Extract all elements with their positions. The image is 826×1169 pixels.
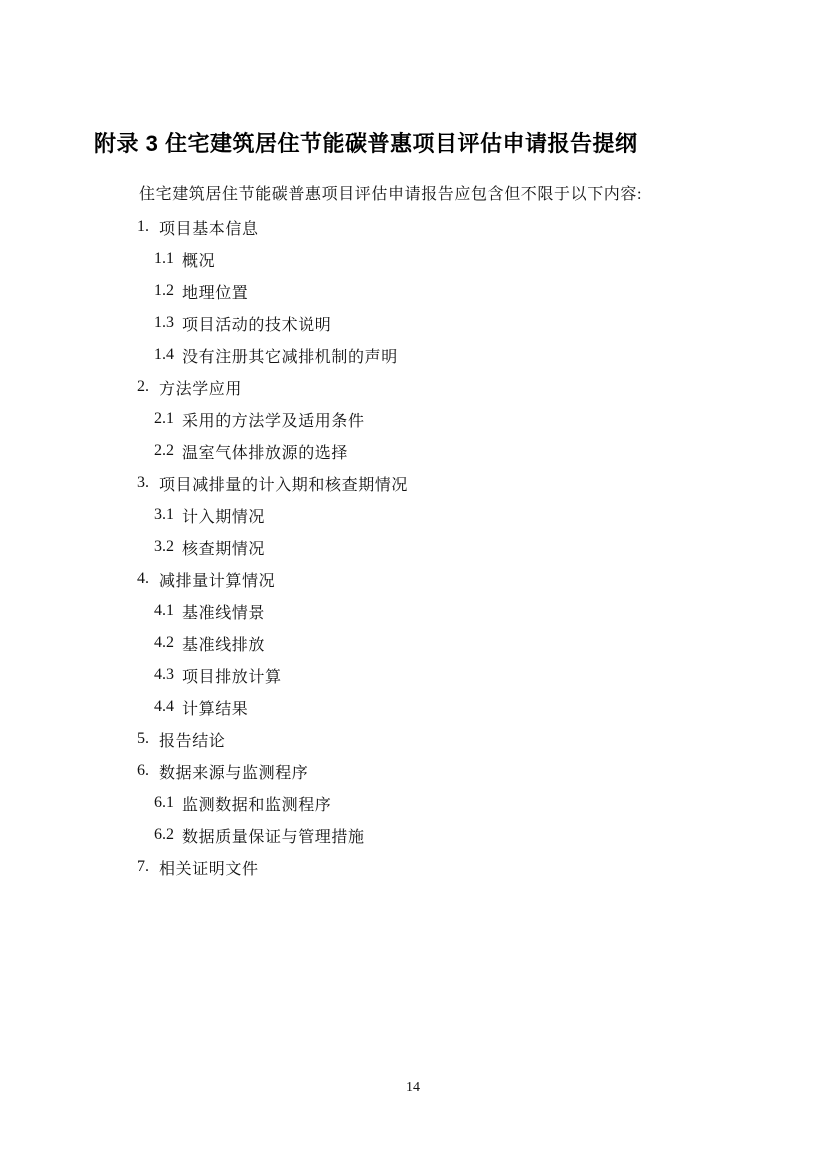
- outline-item: 4.1基准线情景: [0, 595, 826, 627]
- outline-item: 2.2温室气体排放源的选择: [0, 435, 826, 467]
- outline-item-number: 3.1: [154, 506, 174, 524]
- outline-item: 4.4计算结果: [0, 691, 826, 723]
- outline-item-label: 基准线排放: [182, 632, 265, 655]
- outline-item-label: 没有注册其它减排机制的声明: [182, 344, 398, 367]
- outline-item: 6.2数据质量保证与管理措施: [0, 819, 826, 851]
- outline-item: 4.2基准线排放: [0, 627, 826, 659]
- outline-item-number: 4.4: [154, 698, 174, 716]
- outline-item-number: 4.1: [154, 602, 174, 620]
- outline-item-number: 1.: [137, 218, 149, 236]
- outline-item-label: 核查期情况: [182, 536, 265, 559]
- outline-item-label: 相关证明文件: [159, 856, 259, 879]
- outline-item: 6.数据来源与监测程序: [0, 755, 826, 787]
- outline-item-label: 温室气体排放源的选择: [182, 440, 348, 463]
- outline-item-number: 4.3: [154, 666, 174, 684]
- outline-item-label: 概况: [182, 248, 215, 271]
- page-title: 附录 3 住宅建筑居住节能碳普惠项目评估申请报告提纲: [94, 127, 637, 158]
- outline-item-label: 报告结论: [159, 728, 225, 751]
- outline-item-label: 减排量计算情况: [159, 568, 275, 591]
- outline-item: 1.1概况: [0, 243, 826, 275]
- outline-item: 2.方法学应用: [0, 371, 826, 403]
- outline-item-number: 7.: [137, 858, 149, 876]
- outline-item-label: 监测数据和监测程序: [182, 792, 331, 815]
- outline-item: 3.2核查期情况: [0, 531, 826, 563]
- outline-item-label: 数据质量保证与管理措施: [182, 824, 365, 847]
- outline-item: 3.1计入期情况: [0, 499, 826, 531]
- outline-item-number: 6.2: [154, 826, 174, 844]
- outline-item: 5.报告结论: [0, 723, 826, 755]
- outline-item: 4.减排量计算情况: [0, 563, 826, 595]
- intro-paragraph: 住宅建筑居住节能碳普惠项目评估申请报告应包含但不限于以下内容:: [139, 181, 642, 204]
- outline-item-number: 6.1: [154, 794, 174, 812]
- outline-item-label: 项目排放计算: [182, 664, 282, 687]
- outline-item-number: 4.2: [154, 634, 174, 652]
- outline-item-number: 1.1: [154, 250, 174, 268]
- page-footer: 14: [0, 1080, 826, 1096]
- outline-item: 1.3项目活动的技术说明: [0, 307, 826, 339]
- outline-item-number: 3.: [137, 474, 149, 492]
- outline-item-number: 2.2: [154, 442, 174, 460]
- outline-item-number: 5.: [137, 730, 149, 748]
- outline-item-number: 1.4: [154, 346, 174, 364]
- outline-item-label: 采用的方法学及适用条件: [182, 408, 365, 431]
- outline-item-label: 地理位置: [182, 280, 248, 303]
- outline-item-label: 项目活动的技术说明: [182, 312, 331, 335]
- outline-item-label: 方法学应用: [159, 376, 242, 399]
- document-page: 附录 3 住宅建筑居住节能碳普惠项目评估申请报告提纲 住宅建筑居住节能碳普惠项目…: [0, 0, 826, 1169]
- outline-item-number: 3.2: [154, 538, 174, 556]
- outline-item: 1.项目基本信息: [0, 211, 826, 243]
- outline: 1.项目基本信息1.1概况1.2地理位置1.3项目活动的技术说明1.4没有注册其…: [0, 211, 826, 883]
- outline-item-number: 1.3: [154, 314, 174, 332]
- outline-item: 1.4没有注册其它减排机制的声明: [0, 339, 826, 371]
- outline-item-label: 数据来源与监测程序: [159, 760, 308, 783]
- outline-item-label: 计算结果: [182, 696, 248, 719]
- outline-item: 6.1监测数据和监测程序: [0, 787, 826, 819]
- outline-item-label: 项目减排量的计入期和核查期情况: [159, 472, 408, 495]
- outline-item: 7.相关证明文件: [0, 851, 826, 883]
- outline-item: 4.3项目排放计算: [0, 659, 826, 691]
- outline-item: 3.项目减排量的计入期和核查期情况: [0, 467, 826, 499]
- outline-item-number: 6.: [137, 762, 149, 780]
- outline-item-label: 基准线情景: [182, 600, 265, 623]
- outline-item: 1.2地理位置: [0, 275, 826, 307]
- outline-item-number: 2.1: [154, 410, 174, 428]
- outline-item-number: 2.: [137, 378, 149, 396]
- outline-item-label: 项目基本信息: [159, 216, 259, 239]
- outline-item-label: 计入期情况: [182, 504, 265, 527]
- outline-item-number: 1.2: [154, 282, 174, 300]
- outline-item-number: 4.: [137, 570, 149, 588]
- page-number: 14: [406, 1080, 420, 1095]
- outline-item: 2.1采用的方法学及适用条件: [0, 403, 826, 435]
